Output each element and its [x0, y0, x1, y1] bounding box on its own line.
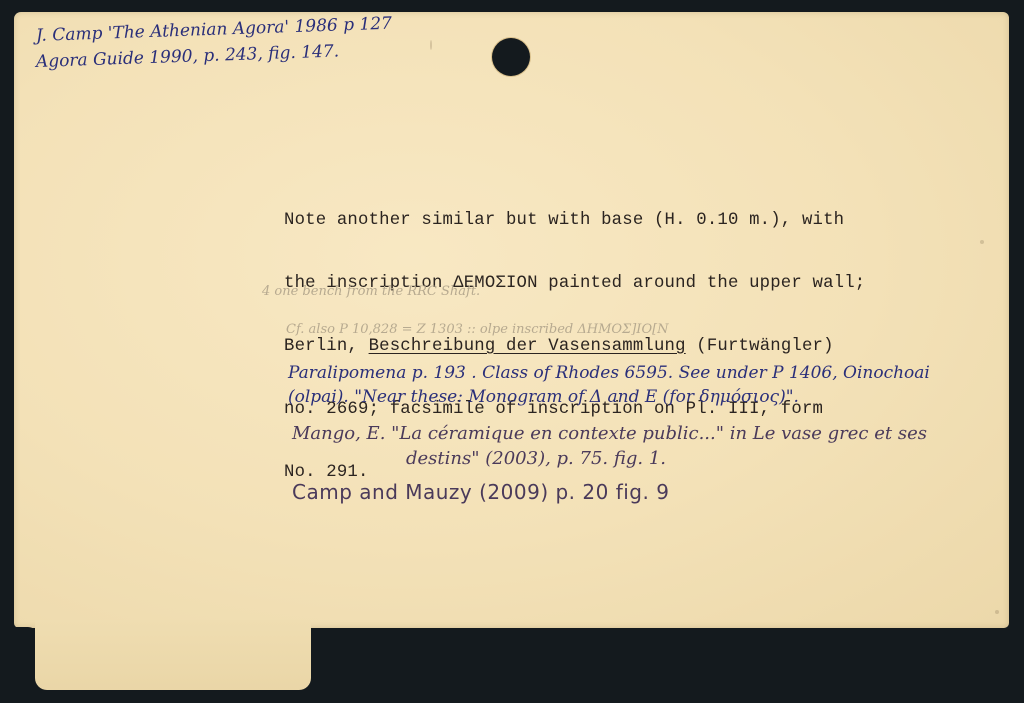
typed-line-3-suffix: (Furtwängler) [686, 337, 834, 356]
note-mango-line-2: destins" (2003), p. 75. fig. 1. [406, 448, 666, 469]
pencil-note-shaft: 4 one bench from the RRC Shaft. [262, 284, 480, 299]
typed-underlined-title: Beschreibung der Vasensammlung [369, 337, 686, 356]
typed-line-3-prefix: Berlin, [284, 337, 369, 356]
card-index-tab [35, 620, 311, 690]
note-mango-line-1: Mango, E. "La céramique en contexte publ… [292, 423, 927, 444]
card-speck [980, 240, 984, 244]
punch-hole [492, 38, 530, 76]
note-olpai-monogram: (olpai). "Near these: Monogram of Δ and … [288, 387, 799, 407]
card-mark [430, 40, 432, 50]
note-paralipomena: Paralipomena p. 193 . Class of Rhodes 65… [288, 363, 930, 383]
note-camp-mauzy: Camp and Mauzy (2009) p. 20 fig. 9 [292, 480, 669, 504]
card-speck [995, 610, 999, 614]
pencil-note-cf-also: Cf. also P 10,828 = Z 1303 :: olpe inscr… [286, 322, 669, 337]
typed-line-3: Berlin, Beschreibung der Vasensammlung (… [284, 336, 865, 357]
typed-line-1: Note another similar but with base (H. 0… [284, 210, 865, 231]
